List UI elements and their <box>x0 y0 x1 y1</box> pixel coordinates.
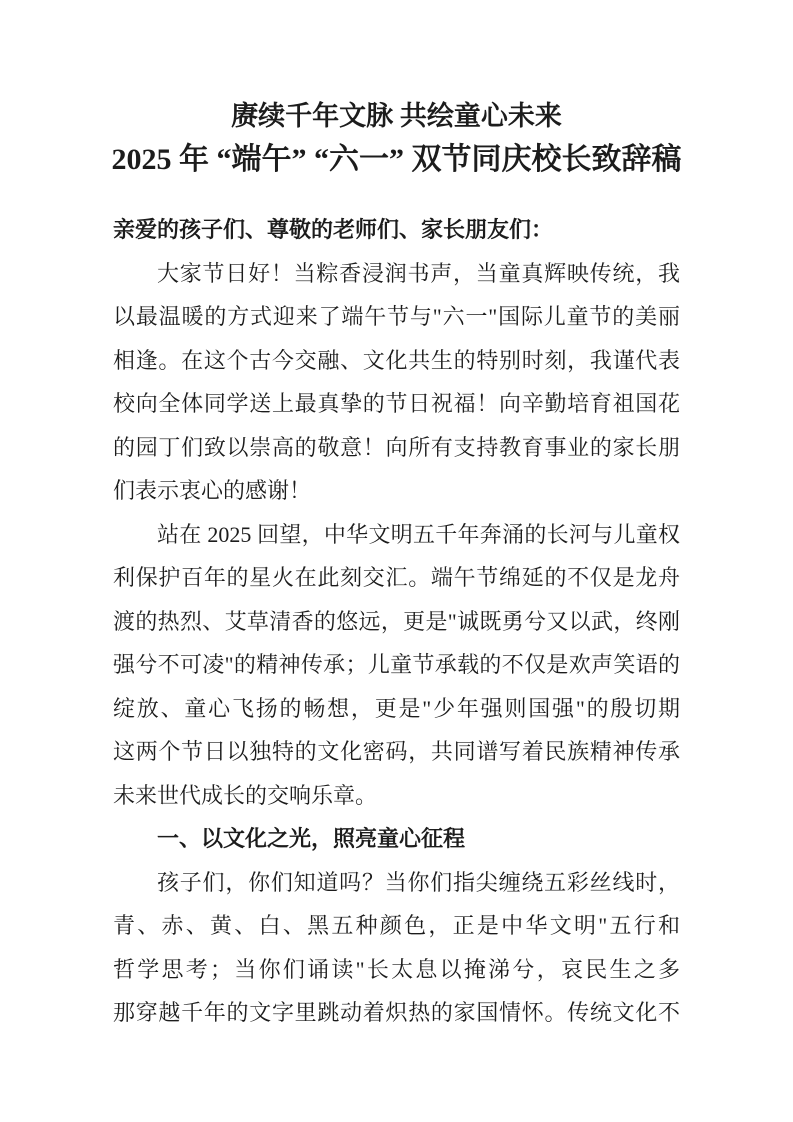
document-body: 亲爱的孩子们、尊敬的老师们、家长朋友们： 大家节日好！当粽香浸润书声，当童真辉映… <box>113 208 680 1035</box>
document-page: 赓续千年文脉 共绘童心未来 2025 年 “端午” “六一” 双节同庆校长致辞稿… <box>0 0 793 1122</box>
paragraph2-line: 这两个节日以独特的文化密码，共同谱写着民族精神传承与 <box>113 730 680 774</box>
salutation-line: 亲爱的孩子们、尊敬的老师们、家长朋友们： <box>113 208 680 252</box>
section-heading: 一、以文化之光，照亮童心征程 <box>113 817 680 861</box>
paragraph3-line: 青、赤、黄、白、黑五种颜色，正是中华文明"五行和谐"的 <box>113 904 680 948</box>
paragraph3-line: 那穿越千年的文字里跳动着炽热的家国情怀。传统文化不是 <box>113 991 680 1035</box>
paragraph2-line: 利保护百年的星火在此刻交汇。端午节绵延的不仅是龙舟竞 <box>113 556 680 600</box>
title-block: 赓续千年文脉 共绘童心未来 2025 年 “端午” “六一” 双节同庆校长致辞稿 <box>0 95 793 183</box>
paragraph2-line: 绽放、童心飞扬的畅想，更是"少年强则国强"的殷切期许。 <box>113 687 680 731</box>
paragraph1-line: 大家节日好！当粽香浸润书声，当童真辉映传统，我们 <box>113 252 680 296</box>
paragraph2-line: 未来世代成长的交响乐章。 <box>113 774 680 818</box>
paragraph1-line: 的园丁们致以崇高的敬意！向所有支持教育事业的家长朋友 <box>113 426 680 470</box>
paragraph2-line: 强兮不可凌"的精神传承；儿童节承载的不仅是欢声笑语的 <box>113 643 680 687</box>
paragraph1-line: 校向全体同学送上最真挚的节日祝福！向辛勤培育祖国花朵 <box>113 382 680 426</box>
paragraph2-line: 站在 2025 回望，中华文明五千年奔涌的长河与儿童权 <box>113 513 680 557</box>
paragraph1-line: 相逢。在这个古今交融、文化共生的特别时刻，我谨代表学 <box>113 339 680 383</box>
paragraph3-line: 孩子们，你们知道吗？当你们指尖缠绕五彩丝线时，那 <box>113 861 680 905</box>
paragraph1-line: 们表示衷心的感谢！ <box>113 469 680 513</box>
paragraph1-line: 以最温暖的方式迎来了端午节与"六一"国际儿童节的美丽 <box>113 295 680 339</box>
document-subtitle: 2025 年 “端午” “六一” 双节同庆校长致辞稿 <box>0 137 793 183</box>
paragraph3-line: 哲学思考；当你们诵读"长太息以掩涕兮，哀民生之多艰"时， <box>113 948 680 992</box>
paragraph2-line: 渡的热烈、艾草清香的悠远，更是"诚既勇兮又以武，终刚 <box>113 600 680 644</box>
document-title: 赓续千年文脉 共绘童心未来 <box>0 95 793 137</box>
